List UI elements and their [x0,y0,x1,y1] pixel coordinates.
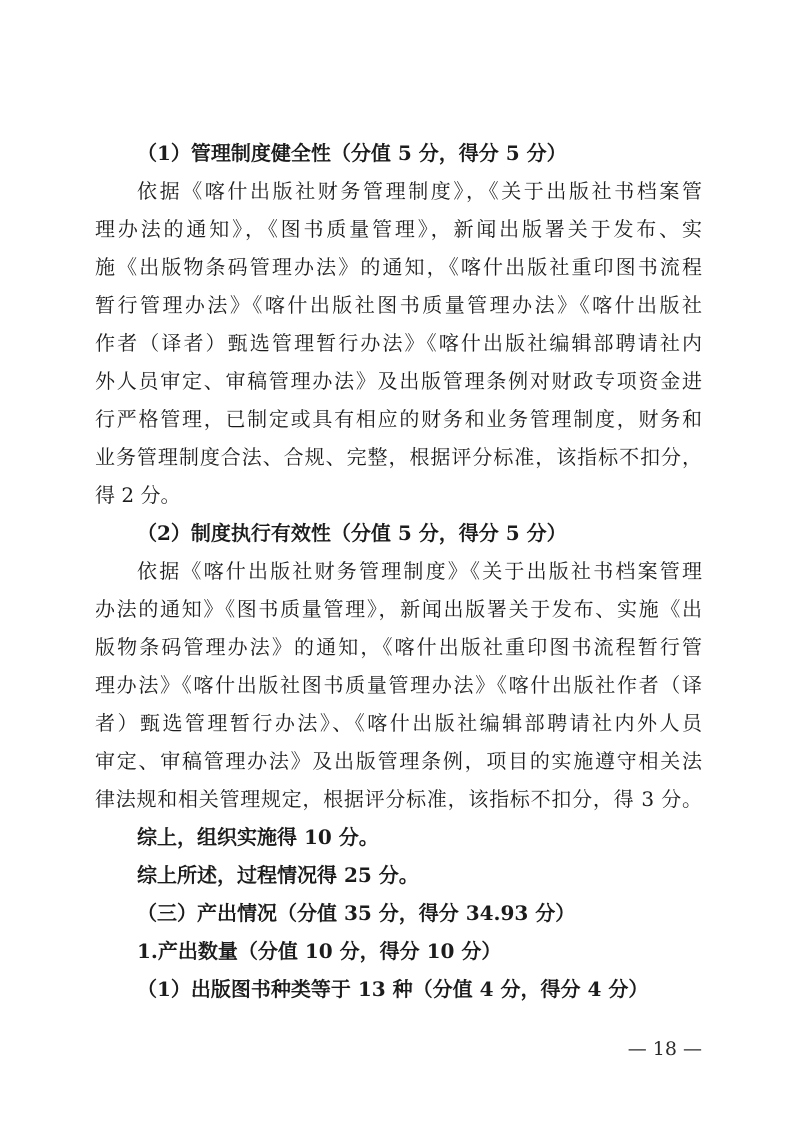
section-heading-2: （2）制度执行有效性（分值 5 分，得分 5 分） [95,514,702,552]
paragraph-1-line: 依据《喀什出版社财务管理制度》，《关于出版社书档案管 [95,172,702,210]
paragraph-2-line: 依据《喀什出版社财务管理制度》《关于出版社书档案管理 [95,552,702,590]
paragraph-1-line: 行严格管理，已制定或具有相应的财务和业务管理制度，财务和 [95,400,702,438]
paragraph-2-line: 版物条码管理办法》的通知，《喀什出版社重印图书流程暂行管 [95,628,702,666]
paragraph-1-line: 施《出版物条码管理办法》的通知，《喀什出版社重印图书流程 [95,248,702,286]
paragraph-1-line: 外人员审定、审稿管理办法》及出版管理条例对财政专项资金进 [95,362,702,400]
paragraph-2-line: 律法规和相关管理规定，根据评分标准，该指标不扣分，得 3 分。 [95,780,702,818]
paragraph-1-line: 暂行管理办法》《喀什出版社图书质量管理办法》《喀什出版社 [95,286,702,324]
paragraph-2-line: 审定、审稿管理办法》及出版管理条例，项目的实施遵守相关法 [95,742,702,780]
paragraph-2-line: 理办法》《喀什出版社图书质量管理办法》《喀什出版社作者（译 [95,666,702,704]
paragraph-1-line: 得 2 分。 [95,476,702,514]
section-heading-5: （1）出版图书种类等于 13 种（分值 4 分，得分 4 分） [95,970,702,1008]
summary-line-process: 综上所述，过程情况得 25 分。 [95,856,702,894]
paragraph-1-line: 业务管理制度合法、合规、完整，根据评分标准，该指标不扣分， [95,438,702,476]
paragraph-1-line: 理办法的通知》，《图书质量管理》，新闻出版署关于发布、实 [95,210,702,248]
summary-line-organization: 综上，组织实施得 10 分。 [95,818,702,856]
document-body: （1）管理制度健全性（分值 5 分，得分 5 分） 依据《喀什出版社财务管理制度… [95,134,702,1008]
paragraph-2-line: 办法的通知》《图书质量管理》，新闻出版署关于发布、实施《出 [95,590,702,628]
section-heading-4: 1.产出数量（分值 10 分，得分 10 分） [95,932,702,970]
paragraph-2-line: 者）甄选管理暂行办法》、《喀什出版社编辑部聘请社内外人员 [95,704,702,742]
document-page: （1）管理制度健全性（分值 5 分，得分 5 分） 依据《喀什出版社财务管理制度… [0,0,793,1122]
section-heading-3: （三）产出情况（分值 35 分，得分 34.93 分） [95,894,702,932]
section-heading-1: （1）管理制度健全性（分值 5 分，得分 5 分） [95,134,702,172]
page-number: — 18 — [95,1036,702,1062]
paragraph-1-line: 作者（译者）甄选管理暂行办法》《喀什出版社编辑部聘请社内 [95,324,702,362]
